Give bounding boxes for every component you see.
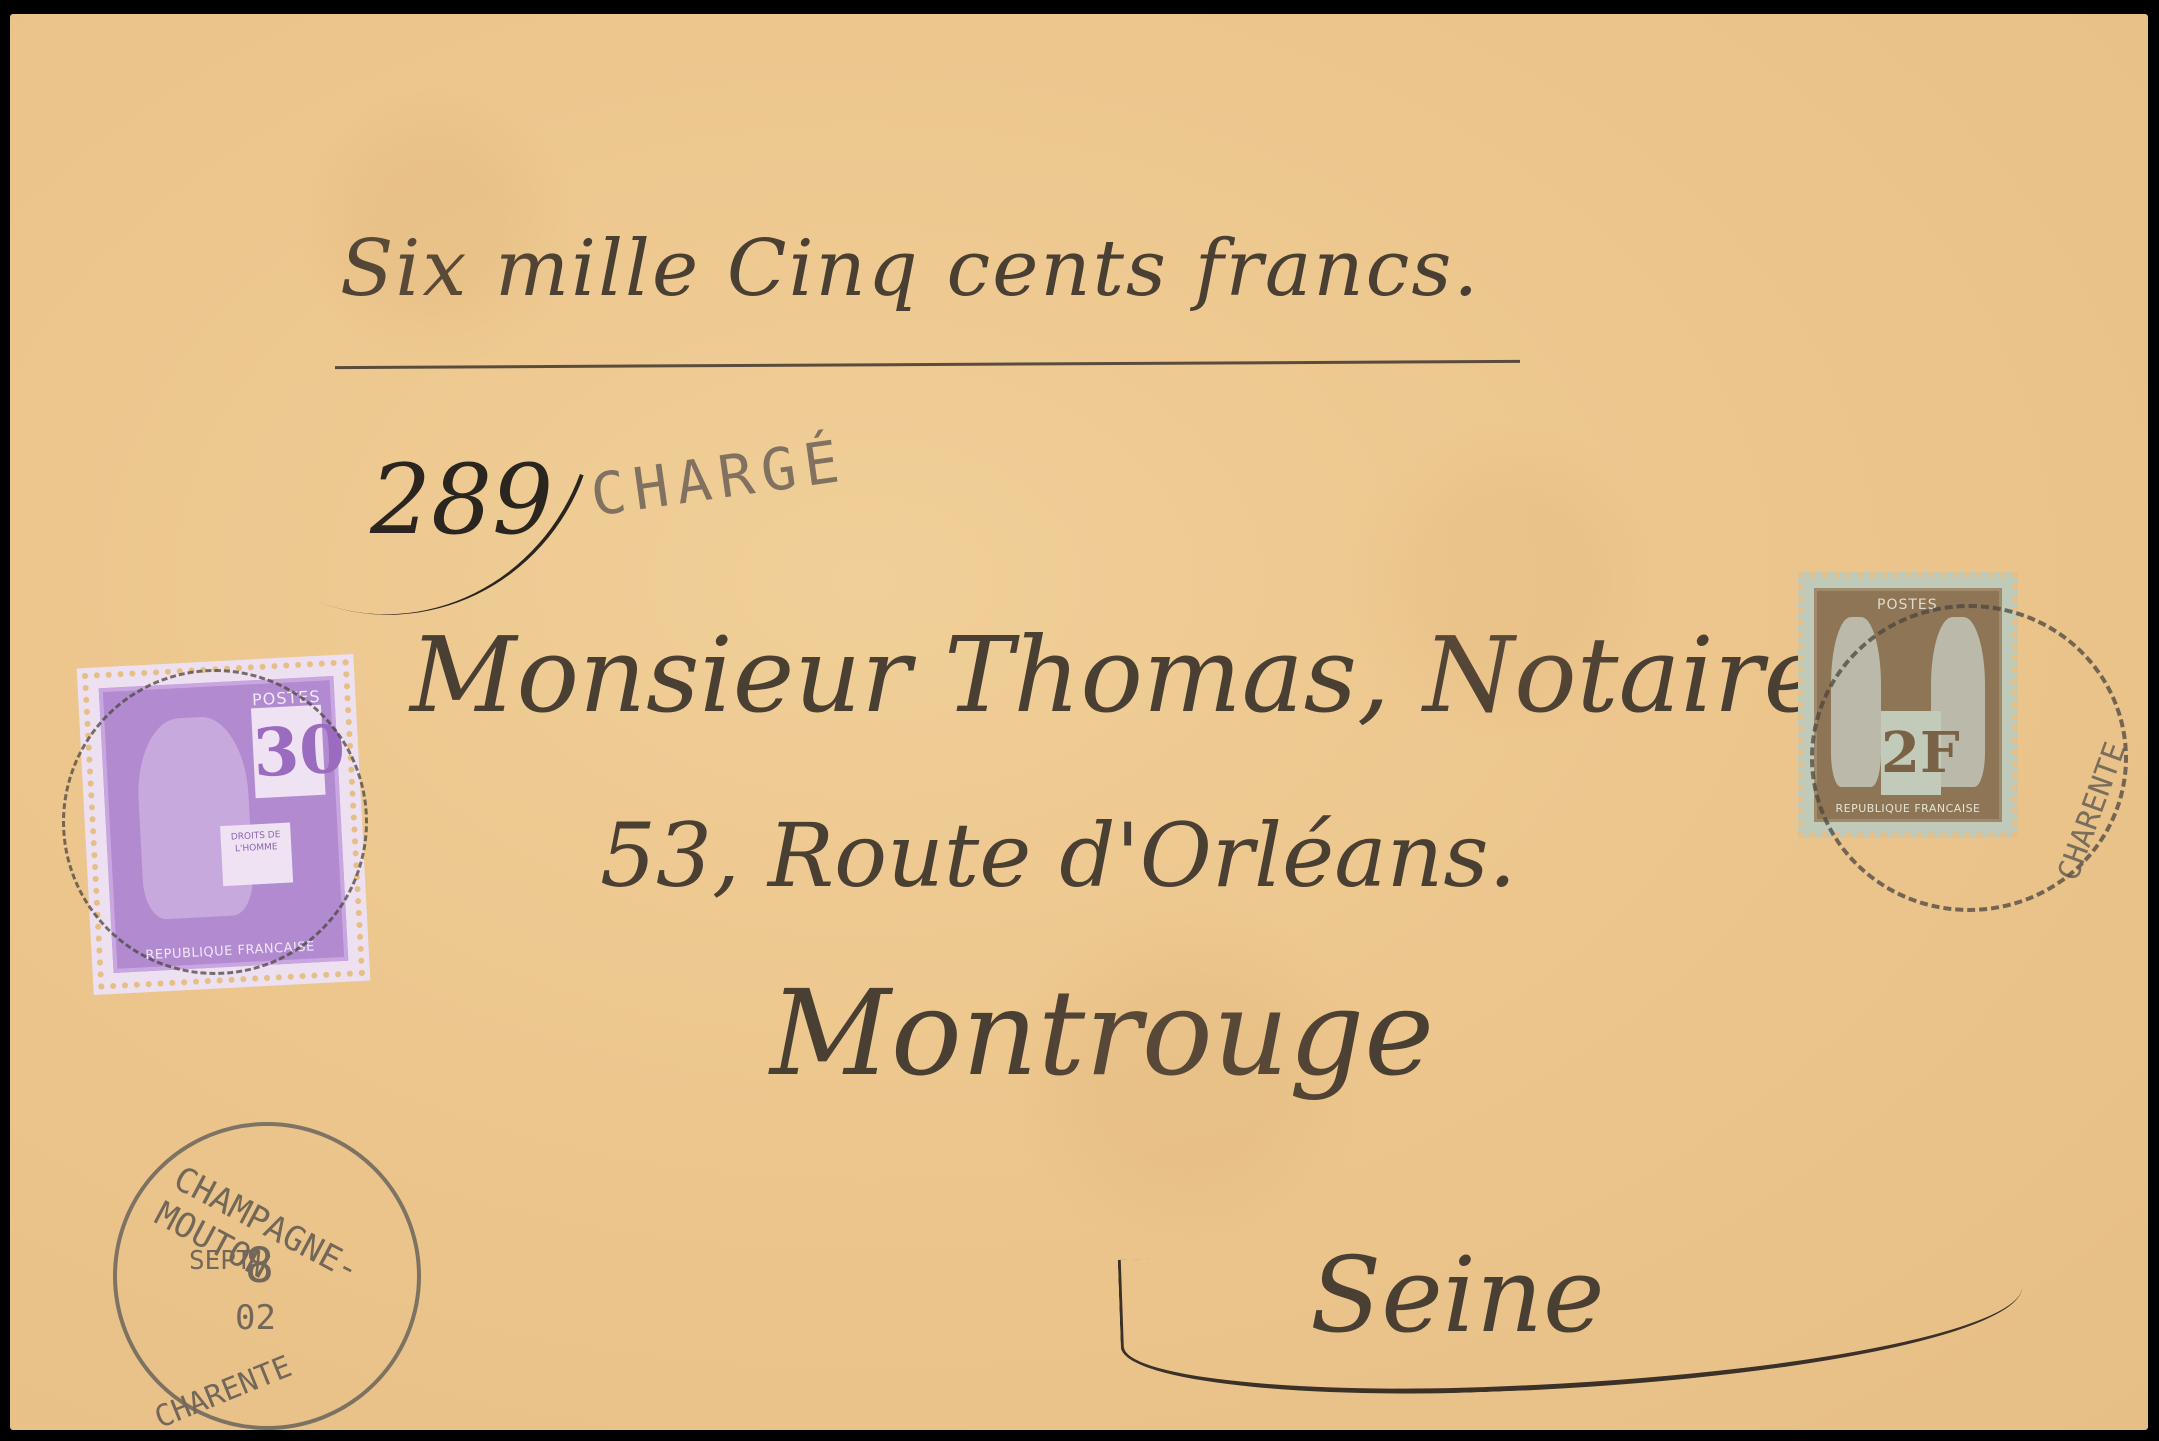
envelope: Six mille Cinq cents francs. 289 CHARGÉ … (10, 14, 2148, 1430)
address-line-recipient: Monsieur Thomas, Notaire (410, 614, 1825, 736)
postmark-year: 02 (235, 1298, 276, 1338)
flourish-underline (1118, 1228, 2026, 1404)
declared-value-text: Six mille Cinq cents francs. (340, 224, 1480, 314)
postmark-department: CHARENTE (150, 1349, 297, 1436)
cancel-mark-left (62, 669, 368, 975)
postmark-day: 8 (245, 1238, 274, 1294)
address-line-street: 53, Route d'Orléans. (600, 804, 1516, 907)
declared-value-underline (335, 360, 1520, 369)
postmark-champagne-mouton: CHAMPAGNE-MOUTON SEPT 8 02 CHARENTE (113, 1122, 421, 1430)
address-line-town: Montrouge (770, 964, 1434, 1102)
charge-handstamp: CHARGÉ (587, 426, 851, 529)
postmark-town: CHAMPAGNE-MOUTON (148, 1159, 406, 1347)
postmark-month: SEPT (189, 1246, 252, 1276)
